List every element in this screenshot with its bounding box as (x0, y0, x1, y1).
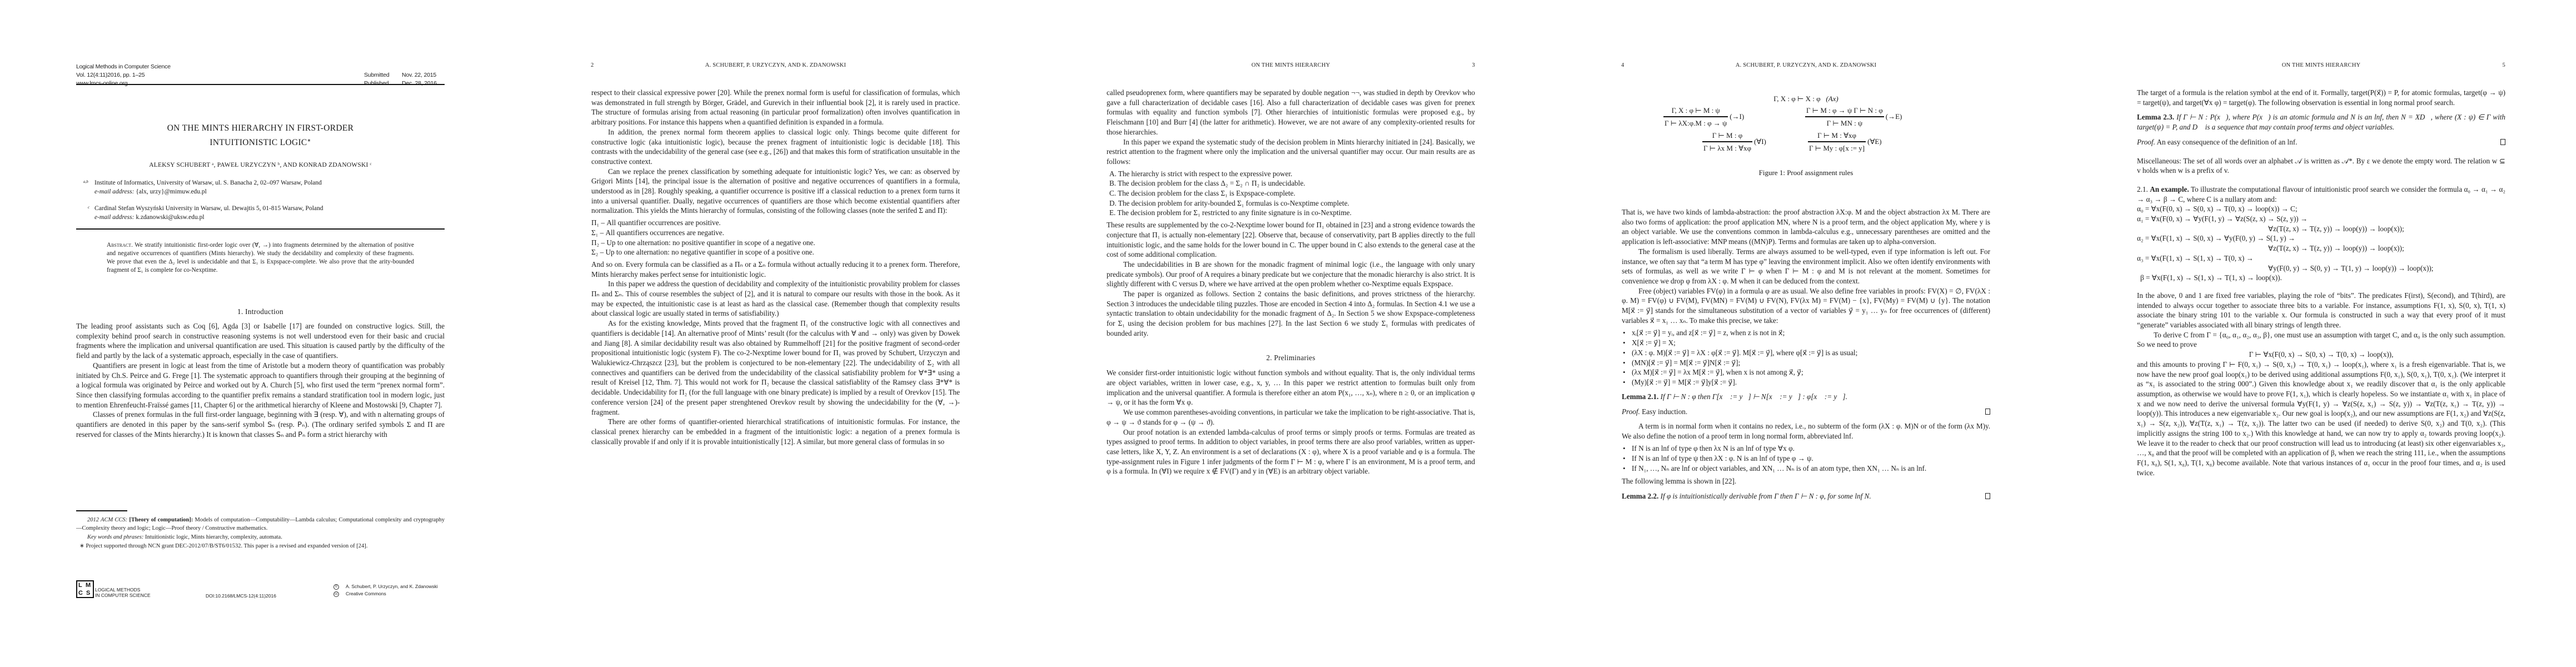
inference-line (1702, 141, 1752, 142)
formula-line: α₂ = ∀x(F(1, x) → S(0, x) → ∀y(F(0, y) →… (2137, 233, 2505, 243)
footnote-rule (76, 510, 127, 511)
abstract-rule (76, 228, 445, 230)
paragraph: respect to their classical expressive po… (591, 88, 960, 127)
inference-line (1808, 141, 1866, 142)
paragraph: Miscellaneous: The set of all words over… (2137, 156, 2505, 176)
figure-caption: Figure 1: Proof assignment rules (1622, 168, 1990, 177)
lmcs-logo: L M C S LOGICAL METHODS IN COMPUTER SCIE… (76, 580, 151, 598)
main-results-list: A. The hierarchy is strict with respect … (1107, 169, 1475, 218)
paragraph: These results are supplemented by the co… (1107, 220, 1475, 260)
paragraph: To derive C from Γ = {α₀, α₁, α₂, α₃, β}… (2137, 330, 2505, 350)
affiliation-c: c Cardinal Stefan Wyszyński University i… (83, 205, 428, 222)
inference-line (1663, 116, 1728, 117)
page-2: 2 A. SCHUBERT, P. URZYCZYN, AND K. ZDANO… (515, 0, 1030, 667)
lemma-statement: If φ is intuitionistically derivable fro… (1661, 492, 1871, 500)
header-rule (76, 84, 445, 85)
acm-ccs-category: [Theory of computation]: (129, 517, 193, 523)
footnotes: 2012 ACM CCS: [Theory of computation]: M… (76, 516, 445, 550)
paragraph: A term is in normal form when it contain… (1622, 421, 1990, 441)
paragraph: In the above, 0 and 1 are fixed free var… (2137, 291, 2505, 330)
rule-premise: Γ ⊢ M : φ → ψ Γ ⊢ N : φ (1805, 106, 1884, 115)
formula-line: α₀ = ∀x(F(0, x) → S(0, x) → T(0, x) → lo… (2137, 204, 2505, 214)
qed-icon (1985, 409, 1990, 415)
lemma-2-3: Lemma 2.3. If Γ ⊢ N : P(x⃗), where P(x⃗)… (2137, 112, 2505, 132)
formula-line: β = ∀x(F(1, x) → S(1, x) → T(1, x) → loo… (2137, 273, 2505, 283)
page-3: ON THE MINTS HIERARCHY 3 called pseudopr… (1030, 0, 1546, 667)
lemma-2-1: Lemma 2.1. If Γ ⊢ N : φ then Γ[x⃗ := y⃗]… (1622, 392, 1990, 402)
rule-conclusion: Γ ⊢ MN : ψ (1826, 118, 1864, 128)
lmcs-logo-mark: L M C S (76, 580, 94, 598)
class-description: – All quantifiers occurrences are negati… (600, 228, 724, 237)
class-symbol: Π₂ (591, 238, 599, 247)
copyright-icon: © (333, 584, 339, 590)
paragraph: The target of a formula is the relation … (2137, 88, 2505, 107)
paragraph: In this paper we expand the systematic s… (1107, 137, 1475, 167)
page-4-body: That is, we have two kinds of lambda-abs… (1622, 207, 1990, 501)
list-item: E. The decision problem for Σ₁ restricte… (1107, 208, 1475, 218)
affiliation-mark: c (88, 203, 89, 212)
paragraph: That is, we have two kinds of lambda-abs… (1622, 207, 1990, 247)
list-item: C. The decision problem for the class Σ₁… (1107, 188, 1475, 198)
rule-forall-intro: Γ ⊢ M : φΓ ⊢ λx M : ∀xφ (∀I) (1702, 131, 1766, 153)
rule-conclusion: Γ ⊢ My : φ[x := y] (1808, 143, 1866, 153)
proof-label: Proof. (1622, 407, 1640, 416)
submitted-label: Submitted (364, 71, 402, 79)
lemma-label: Lemma 2.2. (1622, 492, 1658, 500)
running-head-title: ON THE MINTS HIERARCHY (1107, 62, 1475, 68)
creative-commons-icon: cc (333, 591, 339, 597)
email-label: e-mail address: (94, 188, 134, 195)
formula-line: α₁ = ∀x(F(0, x) → ∀y(F(1, y) → ∀z(S(z, x… (2137, 214, 2505, 224)
doi[interactable]: DOI:10.2168/LMCS-12(4:11)2016 (206, 593, 276, 599)
abstract-label: Abstract. (107, 242, 133, 248)
rule-label: (→E) (1886, 112, 1902, 121)
page-5: ON THE MINTS HIERARCHY 5 The target of a… (2061, 0, 2576, 667)
lnf-rules-list: If N is an lnf of type φ then λx N is an… (1622, 444, 1990, 473)
class-description: – Up to one alternation: no negative qua… (600, 248, 814, 256)
page-2-body: respect to their classical expressive po… (591, 88, 960, 446)
display-equation: Γ ⊢ ∀x(F(0, x) → S(0, x) → T(0, x) → loo… (2137, 350, 2505, 360)
running-head-title: A. SCHUBERT, P. URZYCZYN, AND K. ZDANOWS… (1622, 62, 1990, 68)
keywords-label: Key words and phrases: (87, 534, 143, 540)
proof-label: Proof. (2137, 138, 2155, 146)
paragraph: Quantifiers are present in logic at leas… (76, 361, 445, 410)
logo-letter: M (86, 583, 91, 589)
rule-premise: Γ, X : φ ⊢ M : ψ (1671, 106, 1721, 115)
list-item: xᵢ[x⃗ := y⃗] = yᵢ, and z[x⃗ := y⃗] = z, … (1622, 328, 1990, 338)
lemma-statement: If Γ ⊢ N : P(x⃗), where P(x⃗) is an atom… (2137, 113, 2505, 131)
page-1: Logical Methods in Computer Science Vol.… (0, 0, 515, 667)
paragraph: We use common parentheses-avoiding conve… (1107, 407, 1475, 427)
section-title-introduction: 1. Introduction (76, 307, 445, 316)
project-footnote: ∗ Project supported through NCN grant DE… (76, 542, 445, 550)
list-item: (λx M)[x⃗ := y⃗] = λx M[x⃗ := y⃗], when … (1622, 367, 1990, 377)
license[interactable]: Creative Commons (346, 591, 386, 596)
lemma-statement: If Γ ⊢ N : φ then Γ[x⃗ := y⃗] ⊢ N[x⃗ := … (1661, 392, 1847, 401)
paragraph: The leading proof assistants such as Coq… (76, 321, 445, 361)
logo-text-line-1: LOGICAL METHODS (95, 587, 151, 593)
list-item: Σ₂ – Up to one alternation: no negative … (591, 247, 960, 257)
paragraph: Classes of prenex formulas in the full f… (76, 410, 445, 439)
affiliation-institution: Institute of Informatics, University of … (83, 179, 428, 188)
authors: ALEKSY SCHUBERT ᵃ, PAWEŁ URZYCZYN ᵇ, AND… (76, 162, 445, 168)
proof-text: Easy induction. (1642, 407, 1687, 416)
affiliation-institution: Cardinal Stefan Wyszyński University in … (83, 205, 428, 213)
section-title-preliminaries: 2. Preliminaries (1107, 353, 1475, 363)
abstract-text: We stratify intuitionistic first-order l… (107, 242, 414, 273)
paragraph: Our proof notation is an extended lambda… (1107, 427, 1475, 477)
title-line-2: INTUITIONISTIC LOGIC (210, 138, 307, 147)
email-address[interactable]: k.zdanowski@uksw.edu.pl (136, 214, 204, 221)
page-4: 4 A. SCHUBERT, P. URZYCZYN, AND K. ZDANO… (1546, 0, 2061, 667)
list-item: (MN)[x⃗ := y⃗] = M[x⃗ := y⃗]N[x⃗ := y⃗]; (1622, 358, 1990, 368)
subsection-intro: To illustrate the computational flavour … (2137, 185, 2505, 203)
class-description: – All quantifier occurrences are positiv… (601, 218, 720, 227)
paragraph: As for the existing knowledge, Mints pro… (591, 318, 960, 417)
class-description: – Up to one alternation: no positive qua… (601, 238, 815, 247)
lemma-label: Lemma 2.1. (1622, 392, 1658, 401)
logo-letter: C (78, 590, 83, 596)
page-5-body: The target of a formula is the relation … (2137, 88, 2505, 477)
list-item: If N₁, …, Nₙ are lnf or object variables… (1622, 464, 1990, 474)
page-number: 5 (2503, 62, 2505, 68)
subsection-example: 2.1. An example. To illustrate the compu… (2137, 185, 2505, 204)
formula-definitions: α₀ = ∀x(F(0, x) → S(0, x) → T(0, x) → lo… (2137, 204, 2505, 283)
paragraph: And so on. Every formula can be classifi… (591, 260, 960, 279)
list-item: Σ₁ – All quantifiers occurrences are neg… (591, 228, 960, 238)
substitution-rules-list: xᵢ[x⃗ := y⃗] = yᵢ, and z[x⃗ := y⃗] = z, … (1622, 328, 1990, 387)
inference-line (1805, 116, 1884, 117)
paragraph: Free (object) variables FV(φ) in a formu… (1622, 286, 1990, 326)
published-date: Dec. 28, 2016 (402, 80, 437, 87)
list-item: If N is an lnf of type ψ then λX : φ. N … (1622, 454, 1990, 464)
paragraph: called pseudoprenex form, where quantifi… (1107, 88, 1475, 137)
list-item: Π₁ – All quantifier occurrences are posi… (591, 218, 960, 228)
lemma-label: Lemma 2.3. (2137, 113, 2174, 121)
running-head-title: ON THE MINTS HIERARCHY (2137, 62, 2505, 68)
affiliation-mark: a,b (83, 178, 88, 187)
paragraph: Can we replace the prenex classification… (591, 167, 960, 216)
proof-2-3: Proof. An easy consequence of the defini… (2137, 137, 2505, 147)
title-footnote-mark: ∗ (307, 138, 311, 143)
affiliation-ab: a,b Institute of Informatics, University… (83, 179, 428, 196)
proof-text: An easy consequence of the definition of… (2156, 138, 2297, 146)
figure-proof-rules: Γ, X : φ ⊢ X : φ (Ax) Γ, X : φ ⊢ M : ψΓ … (1622, 89, 1990, 183)
rule-premise: Γ ⊢ M : φ (1711, 131, 1744, 140)
paper-title: ON THE MINTS HIERARCHY IN FIRST-ORDER IN… (76, 122, 445, 149)
paragraph: The following lemma is shown in [22]. (1622, 476, 1990, 486)
rule-imp-intro: Γ, X : φ ⊢ M : ψΓ ⊢ λX:φ.M : φ → ψ (→I) (1663, 106, 1744, 128)
abstract: Abstract. We stratify intuitionistic fir… (107, 241, 414, 275)
axiom-rule: Γ, X : φ ⊢ X : φ (Ax) (1622, 94, 1990, 103)
subsection-number: 2.1. (2137, 185, 2148, 193)
publication-dates: SubmittedNov. 22, 2015 PublishedDec. 28,… (364, 71, 437, 88)
list-item: (λX : φ. M)[x⃗ := y⃗] = λX : φ[x⃗ := y⃗]… (1622, 348, 1990, 358)
list-item: If N is an lnf of type φ then λx N is an… (1622, 444, 1990, 454)
copyright-block: ©A. Schubert, P. Urzyczyn, and K. Zdanow… (333, 584, 438, 597)
lemma-2-2: Lemma 2.2. If φ is intuitionistically de… (1622, 491, 1990, 501)
page-number: 3 (1472, 62, 1475, 68)
page-3-body: called pseudoprenex form, where quantifi… (1107, 88, 1475, 476)
qed-icon (2500, 139, 2505, 145)
paragraph: We consider first-order intuitionistic l… (1107, 368, 1475, 407)
logo-letter: S (86, 590, 90, 596)
rule-label: (→I) (1730, 112, 1744, 121)
journal-name: Logical Methods in Computer Science (76, 63, 171, 71)
rule-conclusion: Γ ⊢ λX:φ.M : φ → ψ (1663, 118, 1728, 128)
list-item: B. The decision problem for the class Δ₂… (1107, 178, 1475, 188)
title-line-1: ON THE MINTS HIERARCHY IN FIRST-ORDER (76, 122, 445, 135)
paragraph: and this amounts to proving Γ ⊢ F(0, x₁)… (2137, 360, 2505, 477)
acm-ccs-label: 2012 ACM CCS: (87, 517, 127, 523)
paragraph: The undecidabilities in B are shown for … (1107, 260, 1475, 289)
paragraph: There are other forms of quantifier-orie… (591, 417, 960, 446)
list-item: Π₂ – Up to one alternation: no positive … (591, 238, 960, 248)
class-symbol: Π₁ (591, 218, 599, 227)
rule-imp-elim: Γ ⊢ M : φ → ψ Γ ⊢ N : φΓ ⊢ MN : ψ (→E) (1805, 106, 1902, 128)
rule-label: (Ax) (1826, 94, 1838, 103)
formula-line: α₃ = ∀x(F(1, x) → S(1, x) → T(0, x) → (2137, 253, 2505, 263)
keywords: Intuitionistic logic, Mints hierarchy, c… (145, 534, 282, 540)
email-address[interactable]: {alx, urzy}@mimuw.edu.pl (136, 188, 207, 195)
list-item: D. The decision problem for arity-bounde… (1107, 198, 1475, 208)
email-label: e-mail address: (94, 214, 134, 221)
running-head-title: A. SCHUBERT, P. URZYCZYN, AND K. ZDANOWS… (591, 62, 960, 68)
formula-continuation: ∀y(F(0, y) → S(0, y) → T(1, y) → loop(y)… (2137, 263, 2505, 273)
axiom-judgment: Γ, X : φ ⊢ X : φ (1773, 94, 1820, 103)
rule-conclusion: Γ ⊢ λx M : ∀xφ (1702, 143, 1752, 153)
list-item: (My)[x⃗ := y⃗] = M[x⃗ := y⃗]y[x⃗ := y⃗]. (1622, 377, 1990, 387)
journal-volume: Vol. 12(4:11)2016, pp. 1–25 (76, 71, 171, 79)
list-item: X[x⃗ := y⃗] = X; (1622, 338, 1990, 348)
logo-letter: L (78, 583, 82, 589)
rule-label: (∀I) (1754, 137, 1766, 146)
rule-premise: Γ ⊢ M : ∀xφ (1816, 131, 1857, 140)
submitted-date: Nov. 22, 2015 (402, 72, 436, 78)
copyright-holders: A. Schubert, P. Urzyczyn, and K. Zdanows… (346, 584, 438, 589)
paragraph: The paper is organized as follows. Secti… (1107, 289, 1475, 339)
logo-text-line-2: IN COMPUTER SCIENCE (95, 593, 151, 598)
rule-forall-elim: Γ ⊢ M : ∀xφΓ ⊢ My : φ[x := y] (∀E) (1808, 131, 1882, 153)
qed-icon (1985, 493, 1990, 499)
list-item: A. The hierarchy is strict with respect … (1107, 169, 1475, 179)
class-symbol: Σ₂ (591, 248, 598, 256)
proof-2-1: Proof. Easy induction. (1622, 407, 1990, 417)
paragraph: In addition, the prenex normal form theo… (591, 127, 960, 167)
class-symbol: Σ₁ (591, 228, 598, 237)
formula-continuation: ∀z(T(z, x) → T(z, y)) → loop(y)) → loop(… (2137, 243, 2505, 253)
rule-label: (∀E) (1867, 137, 1882, 146)
introduction-body: The leading proof assistants such as Coq… (76, 321, 445, 439)
paragraph: The formalism is used liberally. Terms a… (1622, 247, 1990, 286)
subsection-title: An example. (2150, 185, 2189, 193)
paragraph: In this paper we address the question of… (591, 279, 960, 318)
mints-classes-list: Π₁ – All quantifier occurrences are posi… (591, 218, 960, 257)
formula-continuation: ∀z(T(z, x) → T(z, y)) → loop(y)) → loop(… (2137, 224, 2505, 234)
